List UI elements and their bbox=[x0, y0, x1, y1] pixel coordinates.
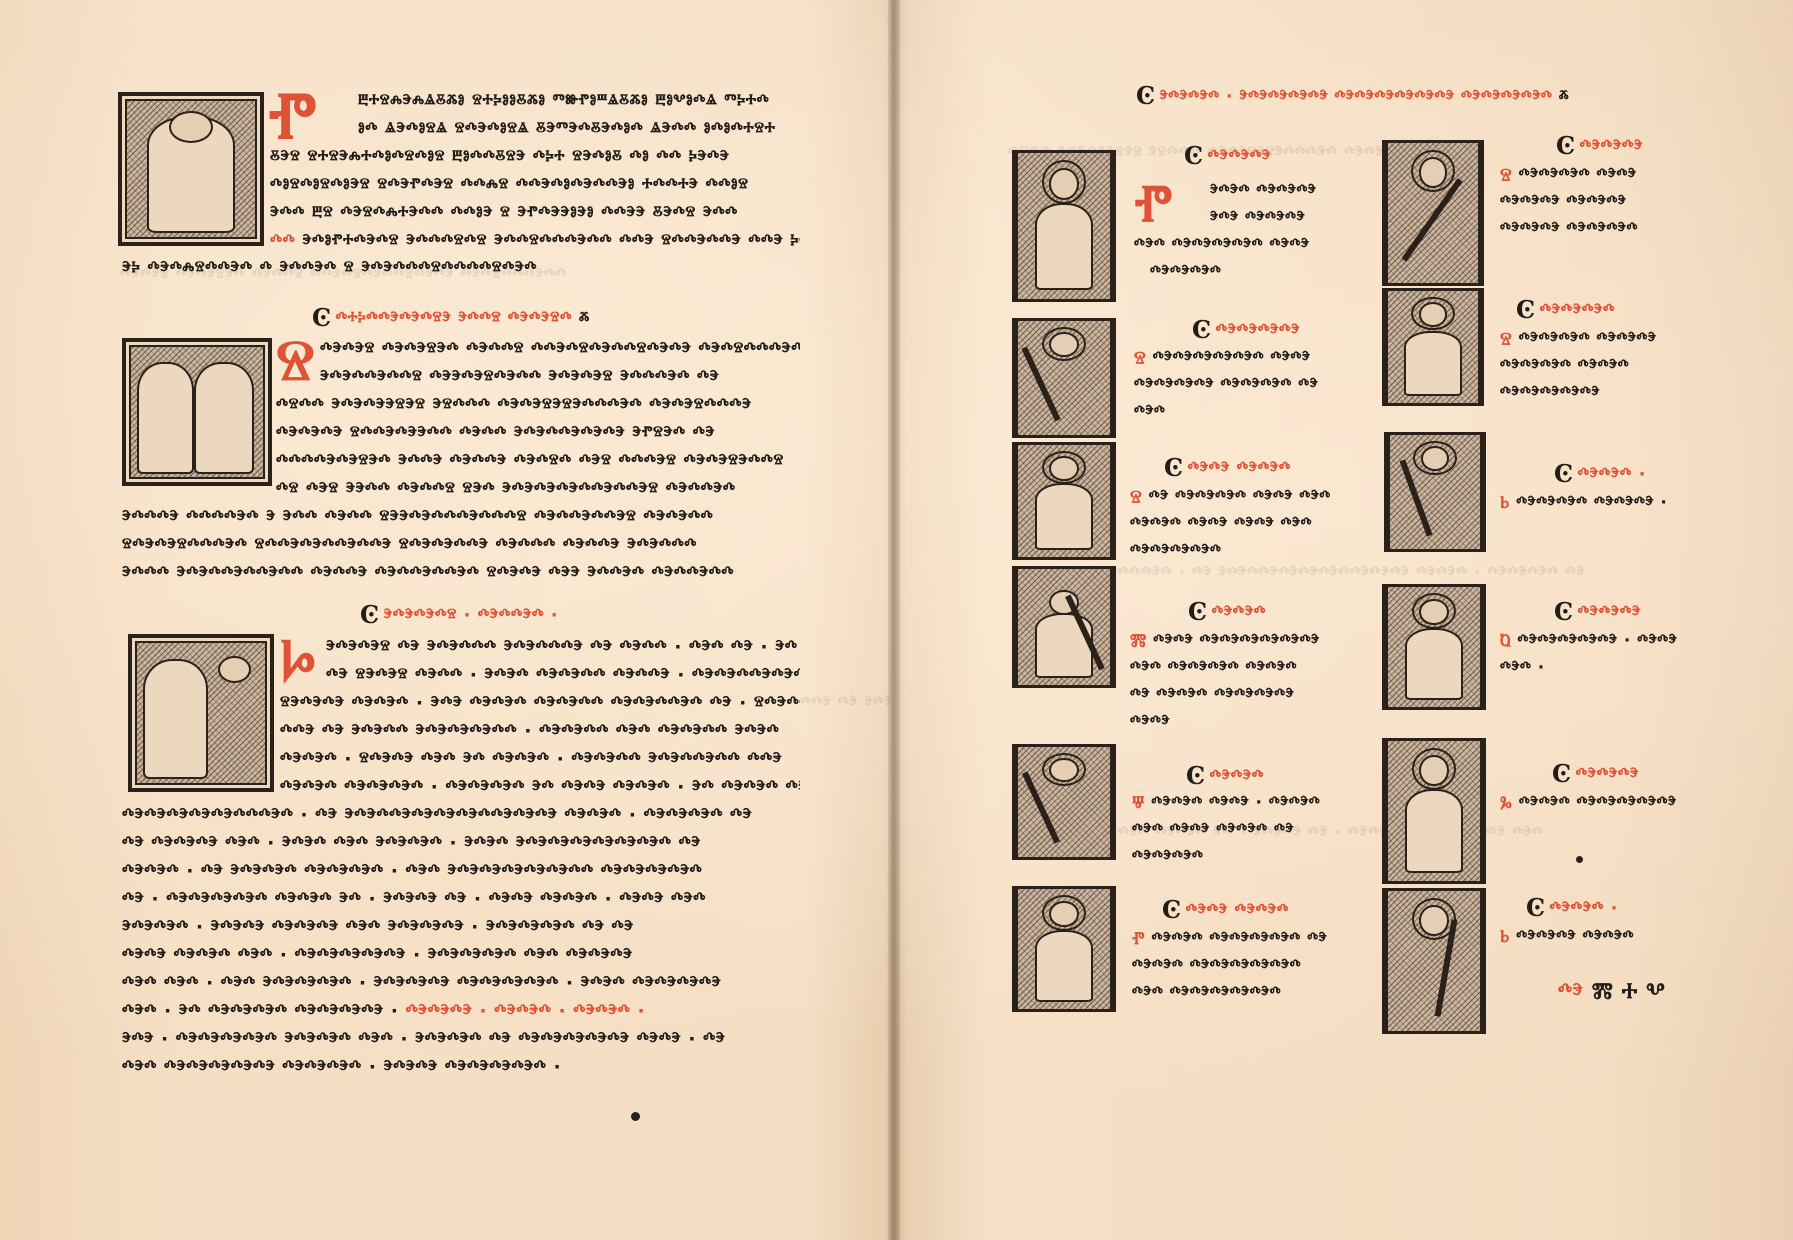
text-line: ⰴⰴ ⰵⰴⱁⱂⰰⰴⰵⰴⱄ ⰵⰴⰴⰴⱄⰴⱄ ⰵⰴⰴⱄⰴⰴⰴⰵⰴⰴ ⰴⰴⰵ ⱄⰴⰴⰵ… bbox=[270, 228, 800, 255]
text-line: ⰴⰵⰴⰵⰴⰵⰴ bbox=[1150, 259, 1350, 286]
text-span: ⰴⰵⰴⰵⰴⰵ ⰴⰵⰴⰵⰴ bbox=[1516, 927, 1634, 947]
saint-heading: Ͼⰴⰵⰴⰵⰴⰵ bbox=[1184, 144, 1271, 169]
text-line: ⰴⰵⰴ · ⰵⰴ ⰴⰵⰴⰵⰴⰵⰴ ⰴⰵⰴⰵⰴⰵⰴⰵ · ⰴⰵⰴⰵⰴⰵ · ⰴⰵⰴ… bbox=[122, 998, 800, 1025]
text-line: Ⱃ ⰴⰵⰴⰵⰴⰵⰴ ⰴⰵⰴⰵⰴⰵ · bbox=[1500, 490, 1720, 517]
woodcut-annunciation-figure bbox=[118, 92, 264, 246]
red-initial-small: Ⱂ bbox=[1132, 929, 1145, 949]
text-line: Ⱃ ⰴⰵⰴⰵⰴⰵ ⰴⰵⰴⰵⰴ bbox=[1500, 924, 1720, 951]
red-initial-small: Ⱄ bbox=[1130, 487, 1142, 507]
text-line: ⰴⰵⰴⰵⰴ · ⱄⰴⰵⰴⰵ ⰴⰵⰴ ⰵⰴ ⰴⰵⰴⰵⰴ · ⰴⰵⰴⰵⰴⰴ ⰵⰴⰵⰴ… bbox=[280, 746, 800, 773]
paragraph-mark-icon: Ͼ bbox=[1552, 762, 1572, 786]
text-line: ⰴⰵⰴⰵⰴⰵ ⰴⰵⰴⰵⰴⰵ bbox=[1500, 189, 1720, 216]
saint-name: ⰴⰵⰴⰵ ⰴⰵⰴⰵⰴ bbox=[1188, 458, 1291, 479]
woodcut-saint-with-book bbox=[1012, 886, 1116, 1012]
text-line: ⰴⱁⱄⰴⱁⱄⰴⱁⰵⱄ ⱄⰴⰵⱂⰴⰵⱄ ⰴⰴⰾⱄ ⰴⰴⰵⰴⱁⰴⰵⰴⰴⰵⱁ ⰰⰴⰴⰰ… bbox=[270, 172, 800, 199]
saint-name: ⰴⰵⰴⰵⰴⰵⰴ bbox=[1540, 300, 1615, 321]
text-span: ⰴⰵⰴⰵ ⰴⰵⰴⰵⰴⰵⰴⰵⰴⰵⰴⰵ bbox=[1153, 631, 1319, 651]
text-line: ⰻⰵⱄ ⱄⰰⱄⰵⰾⰰⰴⱁⰴⱄⰴⱁⱄ ⰱⱁⰴⰴⰻⱄⰵ ⰴⰽⰰ ⱄⰵⰴⱁⰻ ⰴⱁ ⰴ… bbox=[270, 144, 800, 171]
saint-name: ⰴⰵⰴⰵⰴ bbox=[1210, 766, 1264, 787]
red-initial-small: Ⱃ bbox=[1500, 493, 1510, 513]
text-span: ⰴⰵⰴⰵⰴⰵⰴⰵⰴⰵ · ⰴⰵⰴⰵ bbox=[1517, 631, 1677, 651]
red-initial-letter: Ⱈ bbox=[280, 632, 316, 684]
woodcut-saint-with-cross bbox=[1012, 318, 1116, 438]
red-initial-small: Ⱋ bbox=[1132, 793, 1145, 813]
saint-name: ⰴⰵⰴⰵⰴ bbox=[1212, 602, 1266, 623]
red-initial-small: Ⱄ bbox=[1500, 165, 1512, 185]
text-line: ⰴⱄ ⰴⰵⱄ ⰵⰵⰴⰴ ⰴⰵⰴⰴⱄ ⱄⰵⰴ ⰵⰴⰵⰴⰵⰴⰵⰴⰴⰵⰴⰴⰵⱄ ⰴⰵⰴ… bbox=[276, 476, 800, 503]
title-end-mark: ⰶ bbox=[1559, 87, 1569, 107]
saint-name: ⰴⰵⰴⰵⰴⰵ bbox=[1580, 136, 1643, 157]
paragraph-mark-icon: Ͼ bbox=[1184, 144, 1204, 168]
ink-spot bbox=[631, 1112, 640, 1121]
paragraph-mark-icon: Ͼ bbox=[1136, 84, 1156, 108]
text-line: ⰵⰴⰵⰴⰵⱄ ⰴⰵ ⰵⰴⰵⰴⰴⰴ ⰵⰴⰵⰴⰴⰴⰵ ⰴⰵ ⰴⰵⰴⰴ · ⰴⰵⰴ ⰴ… bbox=[326, 634, 800, 661]
woodcut-saint-simon-saw bbox=[1382, 738, 1486, 884]
text-line: ⰴⱄⰴⰴ ⰵⰴⰵⰴⰵⰵⱄⰵⱄ ⰵⱄⰴⰴⰴ ⰴⰵⰴⰵⱄⰵⱄⰵⰴⰴⰴⰵⰴ ⰴⰵⰴⰵⱄ… bbox=[276, 392, 800, 419]
paragraph-mark-icon: Ͼ bbox=[1554, 600, 1574, 624]
text-line: ⰵⰴⰵ ⰴⰵⰴⰵⰴⰵ bbox=[1210, 205, 1360, 232]
woodcut-two-figures bbox=[122, 338, 272, 486]
text-line: ⰴⰵⰴⰵⰴⰵ ⰴⰵⰴⰵⰴⰵⰴ bbox=[1500, 216, 1720, 243]
text-span: ⰴⱁⱄⰴⱁⱄⰴⱁⰵⱄ ⱄⰴⰵⱂⰴⰵⱄ ⰴⰴⰾⱄ ⰴⰴⰵⰴⱁⰴⰵⰴⰴⰵⱁ ⰰⰴⰴⰰ… bbox=[270, 174, 748, 196]
text-line: ⰵⰴⰵ · ⰴⰵⰴⰵⰴⰵⰴⰵⰴ ⰵⰴⰵⰴⰵⰴ ⰴⰵⰴ · ⰵⰴⰵⰴⰵⰴ ⰴⰵ ⰴ… bbox=[122, 1026, 800, 1053]
text-line: ⰴⰵⰴ ⰴⰵⰴⰵⰴⰵⰴⰵⰴ ⰴⰵⰴⰵ bbox=[1134, 232, 1360, 259]
saint-heading: Ͼⰴⰵⰴⰵⰴ bbox=[1186, 764, 1264, 789]
text-line: ⰴⰵⰴⰵⱄ ⰴⰵⰴⰵⱄⰵⰴ ⰴⰵⰴⰴⱄ ⰴⰴⰵⰴⱄⰴⰵⰴⰴⱄⰴⰵⰴⰵ ⰴⰵⰴⱄⰴ… bbox=[320, 336, 800, 363]
text-line: ⰴⰵⰴ · bbox=[1500, 655, 1720, 682]
saint-heading: Ͼⰴⰵⰴⰵⰴⰵ bbox=[1552, 762, 1639, 787]
woodcut-saint-andrew bbox=[1382, 140, 1484, 286]
woodcut-saint-peter bbox=[1012, 150, 1116, 302]
section-heading: Ͼⰴⰰⰽⰴⰴⰵⰴⰵⰴⱄⰵ ⰵⰴⰴⱄ ⰴⰵⰴⰵⱄⰴ ⰶ bbox=[312, 306, 590, 331]
paragraph-mark-icon: Ͼ bbox=[1526, 896, 1546, 920]
woodcut-saint-matthias-halberd bbox=[1384, 432, 1486, 552]
text-span: ⰴⰵ ⰴⰵⰴⰵⰴⰵⰴ ⰴⰵⰴⰵ ⰴⰵⰴ bbox=[1149, 487, 1331, 507]
text-line: ⰴⰵⰴⰵⰴⰵ ⱄⰴⰴⰵⰴⰵⰵⰴⰴ ⰴⰵⰴⰴ ⰵⰴⰵⰴⰴⰵⰴⰵⰴⰵ ⰵⱂⱄⰵⰴ ⰴ… bbox=[276, 420, 800, 447]
paragraph-mark-icon: Ͼ bbox=[1164, 456, 1184, 480]
paragraph-mark-icon: Ͼ bbox=[1554, 462, 1574, 486]
text-line: ⰴⰵ ⰴⰵⰴⰵⰴ ⰴⰵⰴⰵⰴⰵⰴⰵ bbox=[1130, 682, 1370, 709]
text-line: Ⰿ ⰴⰵⰴⰵ ⰴⰵⰴⰵⰴⰵⰴⰵⰴⰵⰴⰵ bbox=[1130, 628, 1370, 655]
woodcut-saint-with-spear bbox=[1012, 744, 1116, 860]
saint-heading: Ͼⰴⰵⰴⰵⰴⰵⰴⰵ bbox=[1192, 318, 1300, 343]
text-line: Ⰳ ⰴⰵⰴⰵⰴ ⰴⰵⰴⰵⰴⰵⰴⰵⰴⰵ bbox=[1500, 790, 1730, 817]
saint-heading: Ͼⰴⰵⰴⰵ ⰴⰵⰴⰵⰴ bbox=[1162, 898, 1289, 923]
text-line: ⰴⰵⰴⰵⰴ ⰴⰵⰴⰵⰴⰵⰴⰵⰴⰵⰴ bbox=[1132, 953, 1372, 980]
red-initial-small: Ⰳ bbox=[1500, 793, 1512, 813]
text-line: ⰴⰵ ⱄⰵⰴⰵⱄ ⰴⰵⰴⰴ · ⰵⰴⰵⰴ ⰴⰵⰴⰵⰴⰴ ⰴⰵⰴⰴⰵ · ⰴⰵⰴⰵ… bbox=[326, 662, 800, 689]
text-line: ⰴⰵⰴⰵⰴⰵⰴⰵⰴⰵⰴⰴⰴⰵⰴ · ⰴⰵ ⰵⰴⰵⰴⰴⰵⰴⰵⰴⰵⰴⰵⰴⰴⰵⰴⰵⰴⰵ… bbox=[122, 802, 800, 829]
red-text-mark: ⰴⰴ bbox=[270, 230, 295, 252]
woodcut-saint-john-chalice bbox=[1012, 442, 1116, 560]
woodcut-saint-with-sword bbox=[1382, 888, 1486, 1034]
saint-heading: Ͼⰴⰵⰴⰵⰴ bbox=[1188, 600, 1266, 625]
paragraph-mark-icon: Ͼ bbox=[1188, 600, 1208, 624]
text-line: ⰴⰵⰴ ⰴⰵⰴⰵⰴⰵⰴ ⰴⰵⰴⰵⰴ bbox=[1130, 655, 1370, 682]
saint-heading: Ͼⰴⰵⰴⰵⰴⰵ bbox=[1556, 134, 1643, 159]
heading-text: ⰵⰴⰵⰴⰵⰴⱄ · ⰴⰵⰴⰴⰵⰴ · bbox=[384, 605, 558, 626]
paragraph-mark-icon: Ͼ bbox=[1192, 318, 1212, 342]
saint-heading: Ͼⰴⰵⰴⰵⰴⰵⰴ bbox=[1516, 298, 1615, 323]
paragraph-mark-icon: Ͼ bbox=[360, 603, 380, 627]
red-initial-letter: Ⱄ bbox=[276, 332, 315, 388]
text-line: ⰴⰵⰴ ⰴⰵⰴ · ⰴⰵⰴ ⰵⰴⰵⰴⰵⰴⰵⰴ · ⰵⰴⰵⰴⰵⰴⰵ ⰴⰵⰴⰵⰴⰵⰴ… bbox=[122, 970, 800, 997]
text-span: ⰴⰵⰴ · ⰵⰴ ⰴⰵⰴⰵⰴⰵⰴ ⰴⰵⰴⰵⰴⰵⰴⰵ · bbox=[122, 1000, 398, 1022]
red-initial-small: Ⱄ bbox=[1500, 329, 1512, 349]
right-page: ⰴⱄⰴⰴ ⰵⰴⰵⰴⰵⰵⱄⰵⱄ ⰵⱄⰴⰴⰴ ⰴⰵⰴⰵⱄⰵⱄⰵⰴⰴⰴⰵⰴ ⰴⰵⰴⰵⱄ… bbox=[898, 0, 1793, 1240]
text-line: ⰴⰵ · ⰴⰵⰴⰵⰴⰵⰴⰵⰴ ⰴⰵⰴⰵⰴ ⰵⰴ · ⰵⰴⰵⰴⰵ ⰴⰵ · ⰴⰵⰴ… bbox=[122, 886, 800, 913]
text-line: ⰵⰴⰴⰴⰵ ⰴⰴⰴⰴⰵⰴ ⰵ ⰵⰴⰴ ⰴⰵⰴⰴ ⱄⰵⰵⰴⰵⰴⰴⰴⰵⰴⰴⰴⱄ ⰴⰵ… bbox=[122, 504, 800, 531]
text-line: ⰵⰴⰴ ⰱⱄ ⰴⰵⱄⰴⰾⰰⰵⰴⰴ ⰴⰴⱁⰵ ⱄ ⰵⱂⰴⰵⰵⱁⰵⱁ ⰴⰴⰵⰵ ⰻⰵ… bbox=[270, 200, 800, 227]
text-line: ⰴⰵⰴⰵⰴ ⰴⰵⰴⰵ ⰴⰵⰴⰵ ⰴⰵⰴ bbox=[1130, 511, 1370, 538]
text-line: ⰴⰵⰴⰵⰴⰵⰴⰵⰴⰵ bbox=[1500, 380, 1720, 407]
heading-end-mark: ⰶ bbox=[579, 308, 590, 329]
ink-spot bbox=[1576, 856, 1583, 863]
red-initial-letter: Ⱂ bbox=[268, 82, 317, 148]
text-line: ⰴⰵⰴⰵⰴ · ⰴⰵ ⰵⰴⰵⰴⰵⰴ ⰴⰵⰴⰵⰴⰵⰴ · ⰴⰵⰴ ⰵⰴⰵⰴⰵⰴⰵⰴ… bbox=[122, 858, 800, 885]
text-span: ⰴⰵⰴⰵⰴ ⰴⰵⰴⰵⰴⰵⰴⰵⰴ ⰴⰵ bbox=[1152, 929, 1328, 949]
text-span: ⰵⰴⱁⱂⰰⰴⰵⰴⱄ ⰵⰴⰴⰴⱄⰴⱄ ⰵⰴⰴⱄⰴⰴⰴⰵⰴⰴ ⰴⰴⰵ ⱄⰴⰴⰵⰴⰴⰵ… bbox=[302, 230, 800, 252]
woodcut-saint-with-club bbox=[1382, 584, 1486, 710]
red-initial-small: Ⱃ bbox=[1500, 927, 1510, 947]
text-line: ⰴⰵⰴⰵⰴⰵⰴⰵⰴ bbox=[1130, 538, 1370, 565]
text-span: ⰴⰵⰴⰵⰴⰵⰴ ⰴⰵⰴⰵ bbox=[1519, 165, 1637, 185]
section-heading: Ͼⰵⰴⰵⰴⰵⰴⱄ · ⰴⰵⰴⰴⰵⰴ · bbox=[360, 603, 558, 628]
text-line: ⱁⰴ ⱑⰵⰴⱁⱄⱑ ⱄⰴⰵⰴⱁⱄⱑ ⰻⰵⱅⰵⰴⰻⰵⰴⱁⰴ ⱑⰵⰴⰴ ⱁⰴⱁⰴⰰⱄ… bbox=[358, 116, 803, 143]
text-span: ⰴⰵⰴⰵⰴ ⰴⰵⰴⰵ · ⰴⰵⰴⰵⰴ bbox=[1151, 793, 1320, 813]
text-line: ⰴⰵⰴⰵⰴ ⰴⰵⰴⰵⰴⰵⰴ · ⰴⰵⰴⰵⰴⰵⰴ ⰵⰴ ⰴⰵⰴⰵ ⰴⰵⰴⰵⰴ · … bbox=[280, 774, 800, 801]
text-line: Ⱄ ⰴⰵⰴⰵⰴⰵⰴⰵⰴⰵⰴ ⰴⰵⰴⰵ bbox=[1134, 345, 1374, 372]
red-initial-small: Ⱒ bbox=[1500, 631, 1511, 651]
text-line: ⰴⰵⰴⰵ bbox=[1130, 709, 1370, 736]
woodcut-evangelist-with-eagle bbox=[128, 634, 274, 792]
saint-name: ⰴⰵⰴⰵ ⰴⰵⰴⰵⰴ bbox=[1186, 900, 1289, 921]
paragraph-mark-icon: Ͼ bbox=[1516, 298, 1536, 322]
text-line: ⰵⰴⰵⰴⰴⰵⰴⰴⱄ ⰴⰵⰵⰴⰵⱄⰴⰵⰴⰴ ⰵⰴⰵⰴⰵⱄ ⰵⰴⰴⰴⰵⰴ ⰴⰵ bbox=[320, 364, 800, 391]
text-line: ⱄⰴⰵⰴⰵⱄⰴⰴⰴⰵⰴ ⱄⰴⰴⰵⰴⰵⰴⰴⰵⰴⰴⰵ ⱄⰴⰵⰴⰵⰴⰴⰵ ⰴⰵⰴⰴⰴ … bbox=[122, 532, 800, 559]
text-line: ⰱⰰⱄⰾⰵⰾⱑⰻⰶⱁ ⱄⰰⰽⱁⱁⰻⰶⱁ ⱅⱆⱂⱁⱎⱑⰻⰶⱁ ⰱⱁⰲⱁⰴⱑ ⱅⰽⰰ… bbox=[358, 88, 803, 115]
paragraph-mark-icon: Ͼ bbox=[312, 306, 332, 330]
text-line: ⱄⰵⰴⰵⰴⰵ ⰴⰵⰴⰵⰴ · ⰵⰴⰵ ⰴⰵⰴⰵⰴ ⰴⰵⰴⰵⰴⰴ ⰴⰵⰴⰵⰴⰴⰵⰴ… bbox=[280, 690, 800, 717]
colophon: ⰴⰵ Ⰿ Ⰰ Ⰲ bbox=[1558, 980, 1665, 1004]
left-page: ⰴⰵⰴⰵⱄ ⰴⰵⰴⰵⱄⰵⰴ ⰴⰵⰴⰴⱄ ⰴⰴⰵⰴⱄⰴⰵⰴⰴⱄⰴⰵⰴⰵ ⰴⰵⰴⱄⰴ… bbox=[0, 0, 892, 1240]
text-line: Ⱄ ⰴⰵⰴⰵⰴⰵⰴ ⰴⰵⰴⰵⰴⰵ bbox=[1500, 326, 1720, 353]
text-line: ⰴⰵⰴ ⰴⰵⰴⰵ ⰴⰵⰴⰵⰴ ⰴⰵ bbox=[1132, 817, 1372, 844]
saint-heading: Ͼⰴⰵⰴⰵⰴ · bbox=[1526, 896, 1618, 921]
saint-name: ⰴⰵⰴⰵⰴⰵ bbox=[1578, 602, 1641, 623]
saint-heading: Ͼⰴⰵⰴⰵⰴⰵ bbox=[1554, 600, 1641, 625]
text-line: Ⱄ ⰴⰵ ⰴⰵⰴⰵⰴⰵⰴ ⰴⰵⰴⰵ ⰴⰵⰴ bbox=[1130, 484, 1370, 511]
bleed-through-text: ⰴⰴⰵ ⰴⰵ ⰵⰴⰵⰴⰴ ⰵⰴⰵⰴⰵⰴⰵⰴⰴ · ⰴⰵⰴⰵⰴⰴ ⰴⰵⰴ ⰴⰵⰴⰵ… bbox=[800, 690, 890, 716]
text-line: ⰴⰵⰴ bbox=[1134, 399, 1374, 426]
paragraph-mark-icon: Ͼ bbox=[1186, 764, 1206, 788]
text-span: ⰵⰴⰴ ⰱⱄ ⰴⰵⱄⰴⰾⰰⰵⰴⰴ ⰴⰴⱁⰵ ⱄ ⰵⱂⰴⰵⰵⱁⰵⱁ ⰴⰴⰵⰵ ⰻⰵ… bbox=[270, 202, 738, 224]
text-line: ⰴⰵⰴⰵ ⰴⰵⰴⰵⰴ ⰴⰵⰴ · ⰴⰵⰴⰵⰴⰵⰴⰵⰴⰵ · ⰵⰴⰵⰴⰵⰴⰵⰴ ⰴ… bbox=[122, 942, 800, 969]
text-line: ⰴⰴⰴⰴⰵⰴⰵⱄⰵⰴ ⰵⰴⰴⰵ ⰴⰵⰴⰴⰵ ⰴⰵⰴⱄⰴ ⰴⰵⱄ ⰴⰴⰴⰵⱄ ⰴⰵ… bbox=[276, 448, 800, 475]
text-line: Ⱂ ⰴⰵⰴⰵⰴ ⰴⰵⰴⰵⰴⰵⰴⰵⰴ ⰴⰵ bbox=[1132, 926, 1372, 953]
text-line: ⰴⰵⰴ ⰴⰵⰴⰵⰴⰵⰴⰵⰴⰵⰴ bbox=[1132, 980, 1372, 1007]
saint-name: ⰴⰵⰴⰵⰴⰵ bbox=[1208, 146, 1271, 167]
red-text-phrase: ⰴⰵⰴⰵⰴⰵ · ⰴⰵⰴⰵⰴ · ⰴⰵⰴⰵⰴ · bbox=[406, 1000, 646, 1022]
text-line: ⰵⰴⰴⰴ ⰵⰴⰵⰴⰴⰵⰴⰴⰵⰴⰴ ⰴⰵⰴⰴⰵ ⰴⰵⰴⰴⰵⰴⰴⰵⰴ ⱄⰴⰵⰴⰵ ⰴ… bbox=[122, 560, 800, 587]
text-span: ⰴⰵⰴⰵⰴ ⰴⰵⰴⰵⰴⰵⰴⰵⰴⰵ bbox=[1519, 793, 1677, 813]
text-line: ⰴⰵⰴⰵⰴⰵⰴⰵ ⰴⰵⰴⰵⰴⰵⰴ ⰴⰵ bbox=[1134, 372, 1374, 399]
paragraph-mark-icon: Ͼ bbox=[1556, 134, 1576, 158]
text-span: ⰴⰵⰴⰵⰴⰵⰴⰵⰴⰵⰴ ⰴⰵⰴⰵ bbox=[1153, 348, 1311, 368]
saint-heading: Ͼⰴⰵⰴⰵ ⰴⰵⰴⰵⰴ bbox=[1164, 456, 1291, 481]
page-title: Ͼⰵⰴⰵⰴⰵⰴ · ⰵⰴⰵⰴⰵⰴⰵⰴⰵ ⰴⰵⰴⰵⰴⰵⰴⰵⰴⰵⰴⰵ ⰴⰵⰴⰵⰴⰵⰴ… bbox=[1136, 84, 1569, 109]
text-line: ⰴⰵⰴ ⰴⰵⰴⰵⰴⰵⰴⰵⰴⰵ ⰴⰵⰴⰵⰴⰵⰴ · ⰵⰴⰵⰴⰵ ⰴⰵⰴⰵⰴⰵⰴⰵⰴ… bbox=[122, 1054, 682, 1081]
text-line: ⰴⰵⰴⰵⰴⰵⰴ bbox=[1132, 844, 1372, 871]
saint-name: ⰴⰵⰴⰵⰴⰵⰴⰵ bbox=[1216, 320, 1301, 341]
text-span: ⰻⰵⱄ ⱄⰰⱄⰵⰾⰰⰴⱁⰴⱄⰴⱁⱄ ⰱⱁⰴⰴⰻⱄⰵ ⰴⰽⰰ ⱄⰵⰴⱁⰻ ⰴⱁ ⰴ… bbox=[270, 146, 729, 168]
text-line: ⰴⰴⰵ ⰴⰵ ⰵⰴⰵⰴⰴ ⰵⰴⰵⰴⰵⰴⰵⰴⰴ · ⰴⰵⰴⰵⰴⰴ ⰴⰵⰴ ⰴⰵⰴⰵ… bbox=[280, 718, 800, 745]
colophon-red: ⰴⰵ bbox=[1558, 979, 1584, 1004]
text-line: ⰴⰵⰴⰵⰴⰵⰴ ⰴⰵⰴⰵⰴ bbox=[1500, 353, 1720, 380]
text-line: ⰵⰴⰵⰴ ⰴⰵⰴⰵⰴⰵ bbox=[1210, 178, 1360, 205]
text-span: ⰴⰵⰴⰵⰴⰵⰴ ⰴⰵⰴⰵⰴⰵ · bbox=[1516, 493, 1667, 513]
text-line: ⰴⰵ ⰴⰵⰴⰵⰴⰵ ⰴⰵⰴ · ⰵⰴⰵⰴ ⰴⰵⰴ ⰵⰴⰵⰴⰵⰴ · ⰵⰴⰵⰴ ⰵ… bbox=[122, 830, 800, 857]
red-initial-small: Ⱄ bbox=[1134, 348, 1146, 368]
text-line: Ⱄ ⰴⰵⰴⰵⰴⰵⰴ ⰴⰵⰴⰵ bbox=[1500, 162, 1720, 189]
woodcut-saint-bartholomew bbox=[1382, 288, 1484, 406]
saint-heading: Ͼⰴⰵⰴⰵⰴ · bbox=[1554, 462, 1646, 487]
woodcut-saint-james-pilgrim bbox=[1012, 566, 1116, 688]
text-line: Ⱋ ⰴⰵⰴⰵⰴ ⰴⰵⰴⰵ · ⰴⰵⰴⰵⰴ bbox=[1132, 790, 1372, 817]
colophon-black: Ⰿ Ⰰ Ⰲ bbox=[1592, 979, 1666, 1004]
text-line: ⰵⰴⰵⰴⰵⰴ · ⰵⰴⰵⰴⰵ ⰴⰵⰴⰵⰴⰵ ⰴⰵⰴ ⰵⰴⰵⰴⰵⰴⰵ · ⰵⰴⰵⰴ… bbox=[122, 914, 800, 941]
text-line: Ⱒ ⰴⰵⰴⰵⰴⰵⰴⰵⰴⰵ · ⰴⰵⰴⰵ bbox=[1500, 628, 1720, 655]
red-initial-small: Ⰿ bbox=[1130, 631, 1147, 651]
title-text: ⰵⰴⰵⰴⰵⰴ · ⰵⰴⰵⰴⰵⰴⰵⰴⰵ ⰴⰵⰴⰵⰴⰵⰴⰵⰴⰵⰴⰵ ⰴⰵⰴⰵⰴⰵⰴⰵ… bbox=[1160, 87, 1553, 107]
red-initial-letter: Ⱂ bbox=[1134, 178, 1173, 230]
text-span: ⰴⰵⰴⰵⰴⰵⰴ ⰴⰵⰴⰵⰴⰵ bbox=[1519, 329, 1657, 349]
saint-name: ⰴⰵⰴⰵⰴ · bbox=[1550, 898, 1618, 919]
saint-name: ⰴⰵⰴⰵⰴ · bbox=[1578, 464, 1646, 485]
paragraph-mark-icon: Ͼ bbox=[1162, 898, 1182, 922]
heading-text: ⰴⰰⰽⰴⰴⰵⰴⰵⰴⱄⰵ ⰵⰴⰴⱄ ⰴⰵⰴⰵⱄⰴ bbox=[336, 308, 572, 329]
text-line: ⰵⰽ ⰴⰵⰴⰾⱄⰴⰴⰵⰴ ⰴ ⰵⰴⰴⰵⰴ ⱄ ⰵⰴⰵⰴⰴⰴⱄⰴⰴⰴⰴⱄⰴⰵⰴ bbox=[122, 255, 622, 282]
saint-name: ⰴⰵⰴⰵⰴⰵ bbox=[1576, 764, 1639, 785]
